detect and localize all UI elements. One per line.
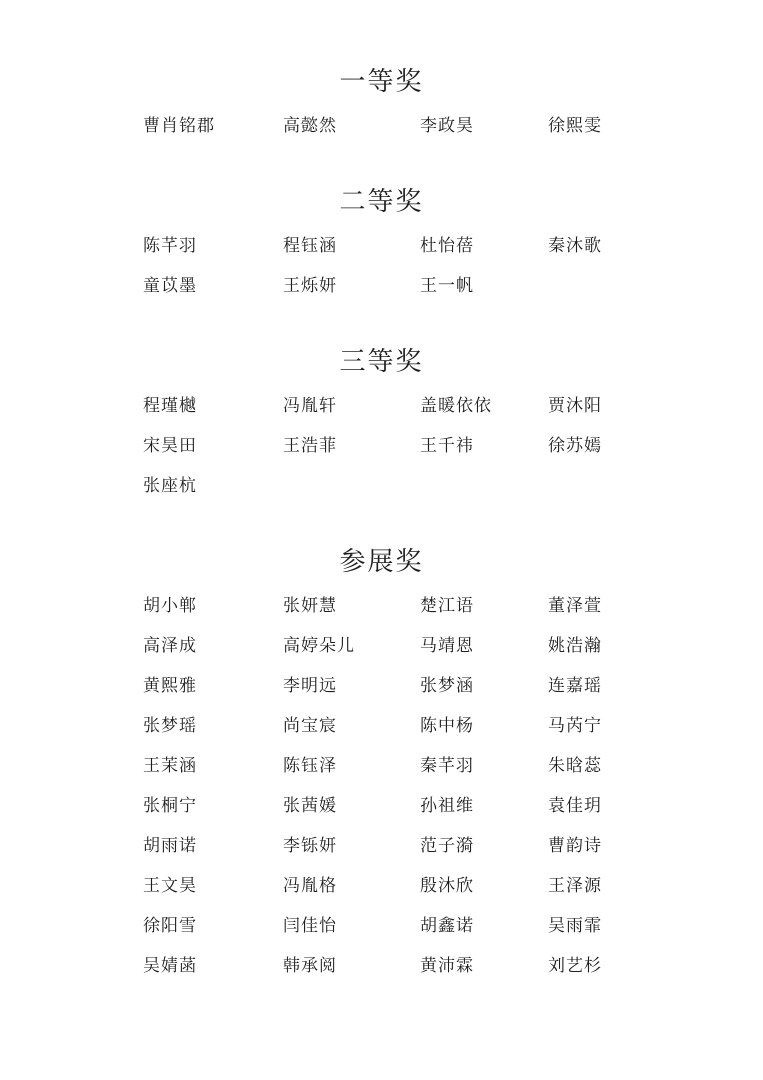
name-grid: 程瑾樾 冯胤轩 盖暖依依 贾沐阳 宋昊田 王浩菲 王千祎 徐苏嫣 张座杭: [143, 386, 703, 506]
awardee-name: 杜怡蓓: [420, 226, 548, 266]
awardee-name: 贾沐阳: [548, 386, 703, 426]
awardee-name: 王一帆: [420, 266, 548, 306]
awardee-name: 宋昊田: [143, 426, 283, 466]
awardee-name: 张桐宁: [143, 786, 283, 826]
awardee-name: 程瑾樾: [143, 386, 283, 426]
awardee-name: 王茉涵: [143, 746, 283, 786]
awardee-name: 冯胤格: [283, 866, 420, 906]
awardee-name: 徐熙雯: [548, 106, 703, 146]
awardee-name: 姚浩瀚: [548, 626, 703, 666]
name-grid: 胡小郸 张妍慧 楚江语 董泽萱 高泽成 高婷朵儿 马靖恩 姚浩瀚 黄熙雅 李明远…: [143, 586, 703, 986]
awardee-name: 童苡墨: [143, 266, 283, 306]
awardee-name: 马芮宁: [548, 706, 703, 746]
awardee-name: 胡鑫诺: [420, 906, 548, 946]
awardee-name: 孙祖维: [420, 786, 548, 826]
awardee-name: 陈芊羽: [143, 226, 283, 266]
awardee-name: 秦沐歌: [548, 226, 703, 266]
name-grid: 陈芊羽 程钰涵 杜怡蓓 秦沐歌 童苡墨 王烁妍 王一帆: [143, 226, 703, 306]
awardee-name: 胡雨诺: [143, 826, 283, 866]
awardee-name: 殷沐欣: [420, 866, 548, 906]
awardee-name: 张茜媛: [283, 786, 420, 826]
awardee-name: 吴雨霏: [548, 906, 703, 946]
awardee-name: 尚宝宸: [283, 706, 420, 746]
awardee-name: 高婷朵儿: [283, 626, 420, 666]
section-title: 三等奖: [60, 338, 703, 386]
awardee-name: 李铄妍: [283, 826, 420, 866]
awardee-name: 张座杭: [143, 466, 283, 506]
awardee-name: 韩承阅: [283, 946, 420, 986]
awardee-name: 程钰涵: [283, 226, 420, 266]
awardee-name: 吴婧菡: [143, 946, 283, 986]
awardee-name: 董泽萱: [548, 586, 703, 626]
awardee-name: 秦芊羽: [420, 746, 548, 786]
document-page: 一等奖 曹肖铭郡 高懿然 李政昊 徐熙雯 二等奖 陈芊羽 程钰涵 杜怡蓓 秦沐歌…: [0, 0, 763, 1080]
award-sections: 一等奖 曹肖铭郡 高懿然 李政昊 徐熙雯 二等奖 陈芊羽 程钰涵 杜怡蓓 秦沐歌…: [143, 58, 703, 986]
awardee-name: 黄熙雅: [143, 666, 283, 706]
awardee-name: 闫佳怡: [283, 906, 420, 946]
awardee-name: 高泽成: [143, 626, 283, 666]
awardee-name: 陈钰泽: [283, 746, 420, 786]
awardee-name: 徐苏嫣: [548, 426, 703, 466]
award-section-4: 参展奖 胡小郸 张妍慧 楚江语 董泽萱 高泽成 高婷朵儿 马靖恩 姚浩瀚 黄熙雅…: [143, 538, 703, 986]
awardee-name: 楚江语: [420, 586, 548, 626]
awardee-name: 胡小郸: [143, 586, 283, 626]
section-title: 一等奖: [60, 58, 703, 106]
awardee-name: 王千祎: [420, 426, 548, 466]
awardee-name: 朱晗蕊: [548, 746, 703, 786]
section-title: 二等奖: [60, 178, 703, 226]
awardee-name: 王烁妍: [283, 266, 420, 306]
awardee-name: 曹韵诗: [548, 826, 703, 866]
awardee-name: 袁佳玥: [548, 786, 703, 826]
awardee-name: 黄沛霖: [420, 946, 548, 986]
awardee-name: 王泽源: [548, 866, 703, 906]
section-title: 参展奖: [60, 538, 703, 586]
award-section-3: 三等奖 程瑾樾 冯胤轩 盖暖依依 贾沐阳 宋昊田 王浩菲 王千祎 徐苏嫣 张座杭: [143, 338, 703, 506]
awardee-name: 刘艺杉: [548, 946, 703, 986]
awardee-name: 盖暖依依: [420, 386, 548, 426]
award-section-1: 一等奖 曹肖铭郡 高懿然 李政昊 徐熙雯: [143, 58, 703, 146]
awardee-name: 曹肖铭郡: [143, 106, 283, 146]
awardee-name: 徐阳雪: [143, 906, 283, 946]
awardee-name: 连嘉瑶: [548, 666, 703, 706]
awardee-name: 马靖恩: [420, 626, 548, 666]
awardee-name: 陈中杨: [420, 706, 548, 746]
awardee-name: 王浩菲: [283, 426, 420, 466]
awardee-name: 王文昊: [143, 866, 283, 906]
awardee-name: 张梦瑶: [143, 706, 283, 746]
award-section-2: 二等奖 陈芊羽 程钰涵 杜怡蓓 秦沐歌 童苡墨 王烁妍 王一帆: [143, 178, 703, 306]
awardee-name: 高懿然: [283, 106, 420, 146]
awardee-name: 张妍慧: [283, 586, 420, 626]
awardee-name: 张梦涵: [420, 666, 548, 706]
awardee-name: 范子漪: [420, 826, 548, 866]
awardee-name: 李政昊: [420, 106, 548, 146]
name-grid: 曹肖铭郡 高懿然 李政昊 徐熙雯: [143, 106, 703, 146]
awardee-name: 李明远: [283, 666, 420, 706]
awardee-name: 冯胤轩: [283, 386, 420, 426]
